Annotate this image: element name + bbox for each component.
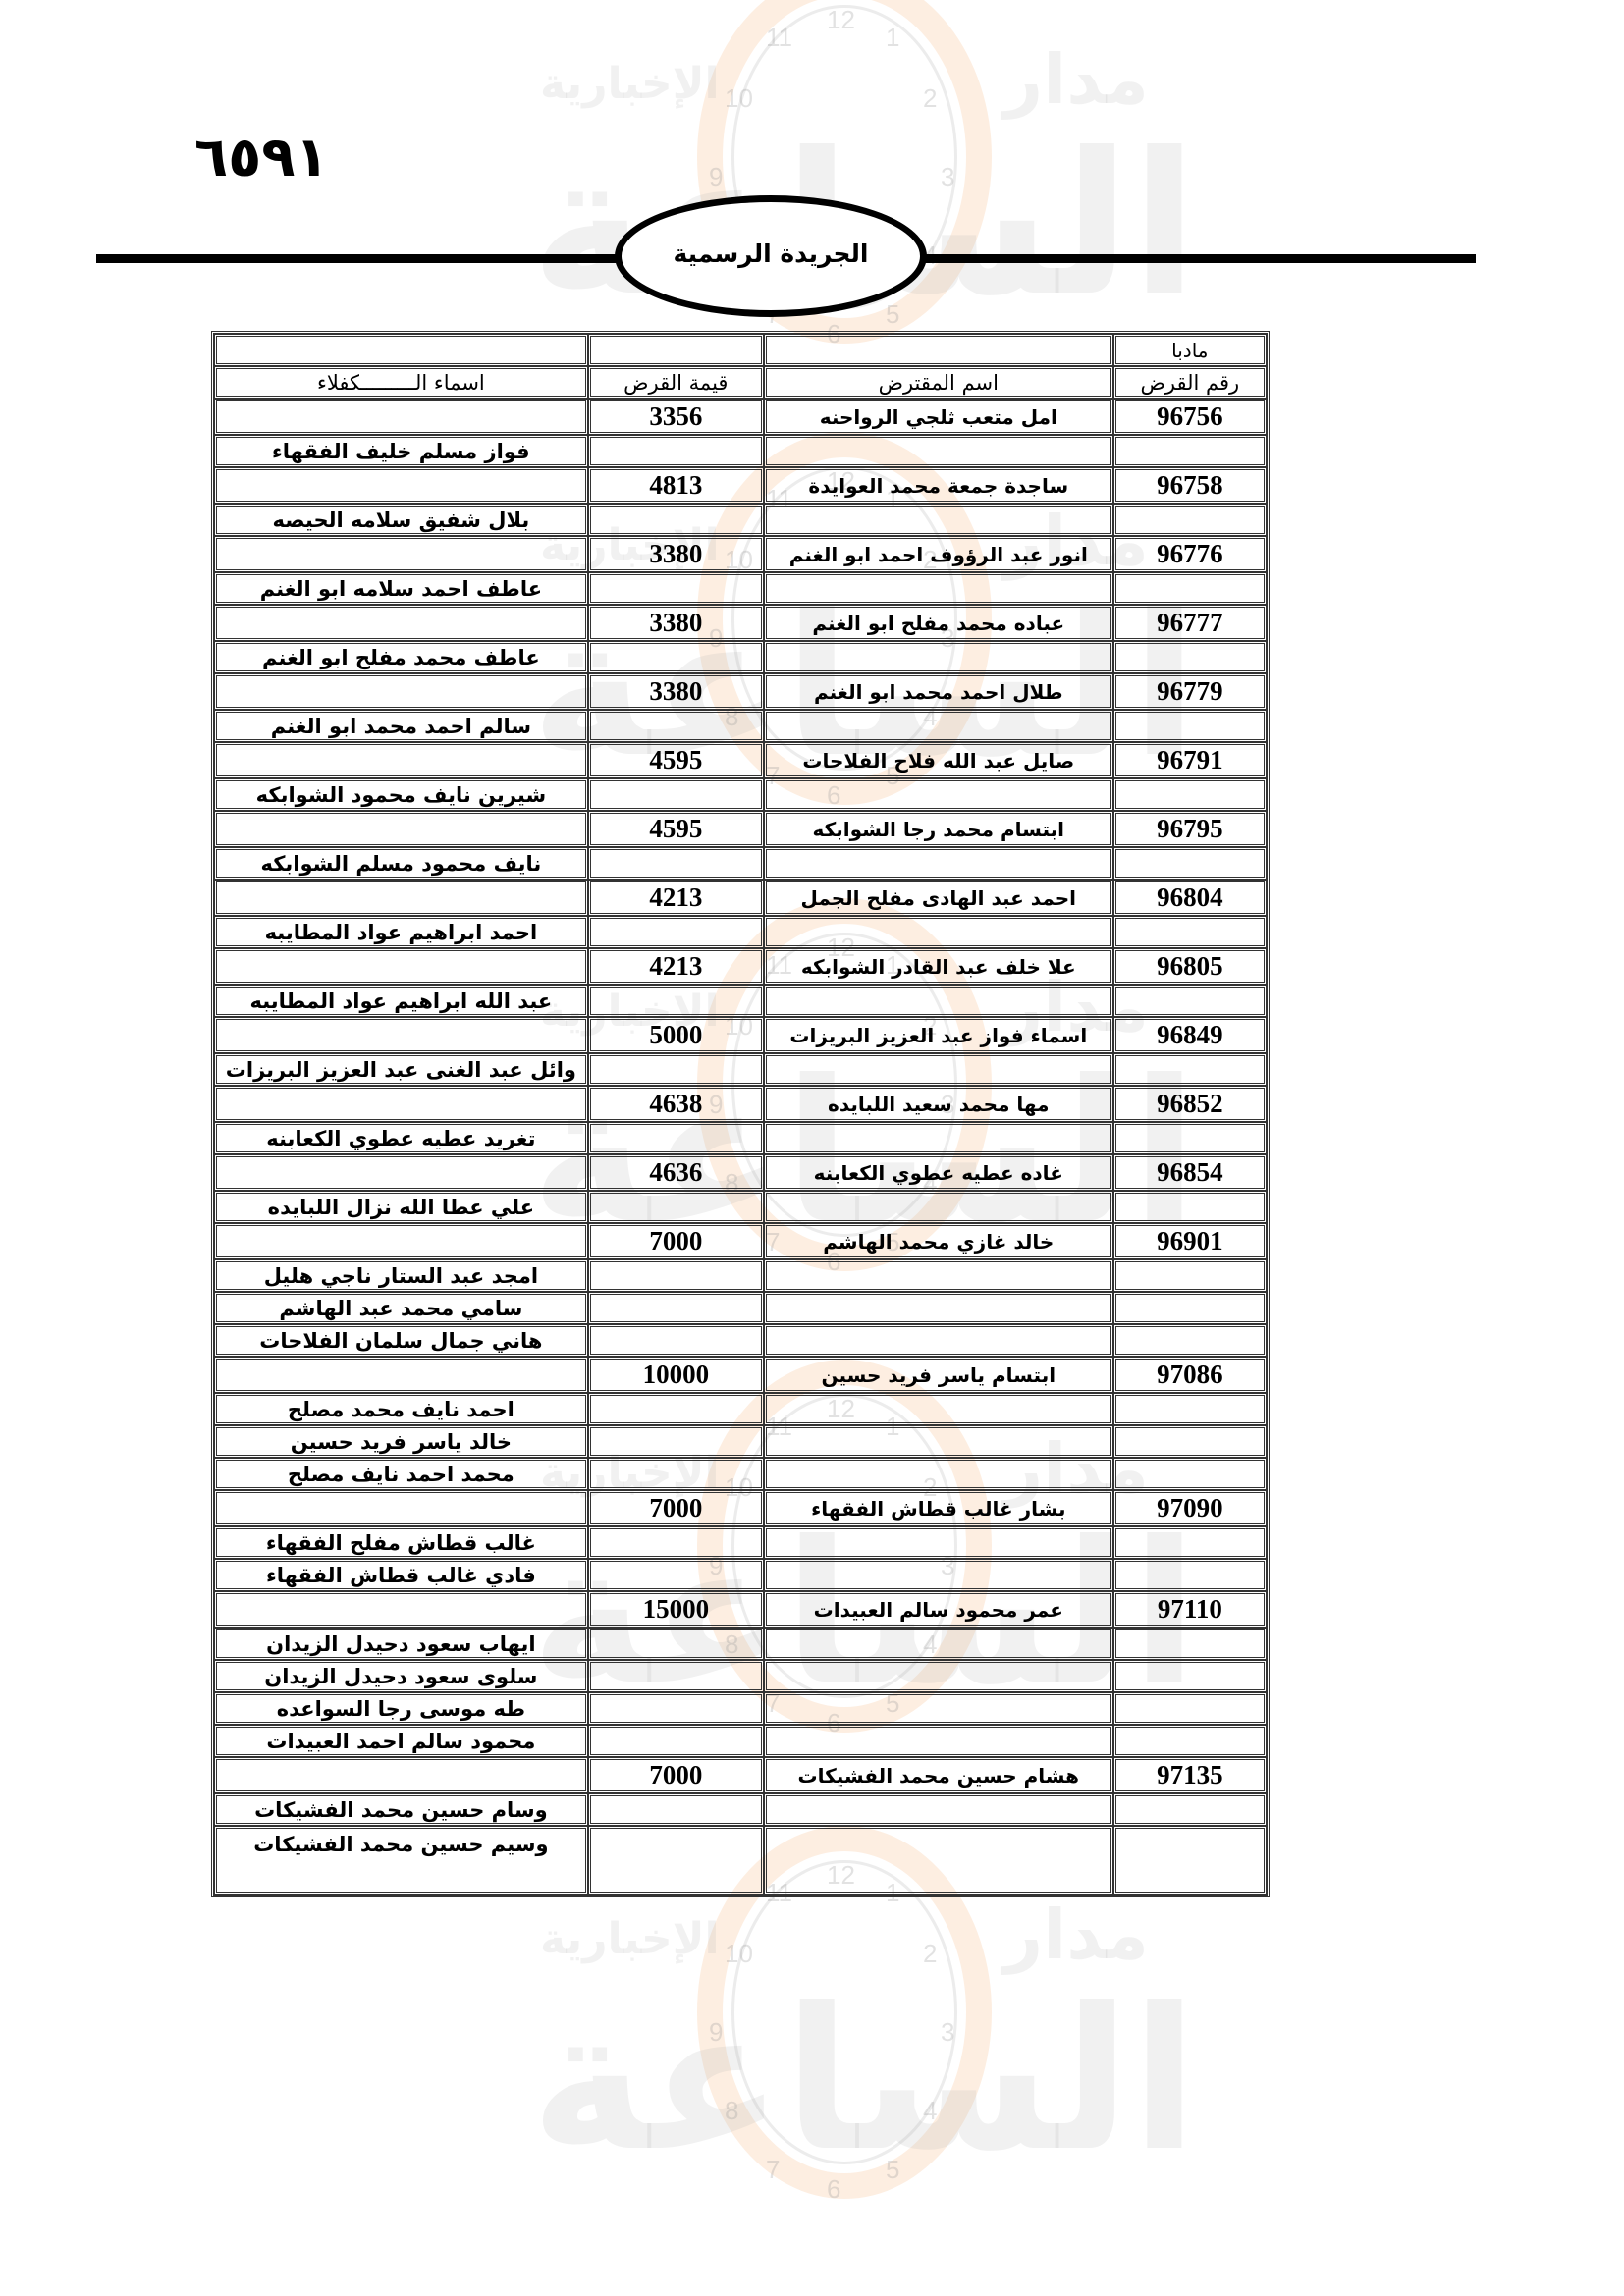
header-loan-no: رقم القرض: [1113, 366, 1267, 399]
loan-value-cell: [588, 1826, 764, 1895]
table-row: وسام حسين محمد الفشيكات: [214, 1793, 1267, 1826]
table-row: شيرين نايف محمود الشوابكه: [214, 778, 1267, 811]
table-row: 97135هشام حسين محمد الفشيكات7000: [214, 1757, 1267, 1793]
guarantor-name-cell: احمد نايف محمد مصلح: [214, 1393, 588, 1425]
guarantor-name-cell: وائل عبد الغنى عبد العزيز البريزات: [214, 1053, 588, 1086]
borrower-name-cell: [764, 435, 1113, 467]
loans-table: مادبا رقم القرض اسم المقترض قيمة القرض ا…: [211, 331, 1270, 1897]
guarantor-name-cell: [214, 536, 588, 572]
watermark-clock-number: 10: [725, 1939, 753, 1969]
guarantor-name-cell: [214, 880, 588, 916]
header-guarantors: اسماء الـــــــــكفلاء: [214, 366, 588, 399]
guarantor-name-cell: [214, 1490, 588, 1526]
city-row: مادبا: [214, 334, 1267, 366]
guarantor-name-cell: ايهاب سعود دحيدل الزيدان: [214, 1628, 588, 1660]
loan-number-cell: 97090: [1113, 1490, 1267, 1526]
table-row: 96804احمد عبد الهادى مفلح الجمل4213: [214, 880, 1267, 916]
loan-number-cell: [1113, 1559, 1267, 1591]
loan-value-cell: [588, 985, 764, 1017]
borrower-name-cell: [764, 1526, 1113, 1559]
loan-value-cell: 15000: [588, 1591, 764, 1628]
loan-number-cell: [1113, 916, 1267, 948]
watermark-brand-top: مدار: [1003, 39, 1149, 120]
loan-value-cell: 4638: [588, 1086, 764, 1122]
guarantor-name-cell: [214, 399, 588, 435]
table-row: سلوى سعود دحيدل الزيدان: [214, 1660, 1267, 1692]
table-row: سامي محمد عبد الهاشم: [214, 1292, 1267, 1324]
loan-number-cell: [1113, 1793, 1267, 1826]
table-row: نايف محمود مسلم الشوابكه: [214, 847, 1267, 880]
guarantor-name-cell: غالب قطاش مفلح الفقهاء: [214, 1526, 588, 1559]
loan-value-cell: [588, 572, 764, 605]
loan-number-cell: [1113, 1826, 1267, 1895]
loan-number-cell: [1113, 1324, 1267, 1357]
table-row: علي عطا الله نزال اللبايده: [214, 1191, 1267, 1223]
loan-value-cell: [588, 1324, 764, 1357]
guarantor-name-cell: [214, 948, 588, 985]
guarantor-name-cell: وسام حسين محمد الفشيكات: [214, 1793, 588, 1826]
watermark-clock-number: 2: [923, 1939, 937, 1969]
loan-value-cell: 7000: [588, 1223, 764, 1259]
table-row: 96777عباده محمد مفلح ابو الغنم3380: [214, 605, 1267, 641]
header-oval: الجريدة الرسمية: [615, 195, 927, 317]
borrower-name-cell: انور عبد الرؤوف احمد ابو الغنم: [764, 536, 1113, 572]
header-title: الجريدة الرسمية: [673, 240, 868, 268]
loan-value-cell: [588, 1122, 764, 1154]
loan-number-cell: [1113, 1725, 1267, 1757]
loan-number-cell: [1113, 504, 1267, 536]
guarantor-name-cell: [214, 1591, 588, 1628]
borrower-name-cell: [764, 1393, 1113, 1425]
watermark-clock-number: 10: [725, 83, 753, 114]
table-row: بلال شفيق سلامه الحيصه: [214, 504, 1267, 536]
loan-number-cell: [1113, 1660, 1267, 1692]
loan-value-cell: 4213: [588, 948, 764, 985]
loan-number-cell: 96777: [1113, 605, 1267, 641]
guarantor-name-cell: [214, 673, 588, 710]
watermark-clock-number: 8: [725, 2096, 738, 2126]
loan-value-cell: [588, 1660, 764, 1692]
watermark-clock-number: 9: [709, 2017, 723, 2048]
table-row: ايهاب سعود دحيدل الزيدان: [214, 1628, 1267, 1660]
loan-value-cell: [588, 1628, 764, 1660]
borrower-name-cell: طلال احمد محمد ابو الغنم: [764, 673, 1113, 710]
loan-value-cell: [588, 1425, 764, 1458]
city-value-cell: [588, 334, 764, 366]
table-row: هاني جمال سلمان الفلاحات: [214, 1324, 1267, 1357]
table-row: احمد ابراهيم عواد المطايبه: [214, 916, 1267, 948]
loan-value-cell: 7000: [588, 1490, 764, 1526]
watermark-brand-sub: الإخبارية: [540, 59, 720, 109]
guarantor-name-cell: فواز مسلم خليف الفقهاء: [214, 435, 588, 467]
table-row: 97110عمر محمود سالم العبيدات15000: [214, 1591, 1267, 1628]
guarantor-name-cell: امجد عبد الستار ناجي هليل: [214, 1259, 588, 1292]
guarantor-name-cell: خالد ياسر فريد حسين: [214, 1425, 588, 1458]
loan-value-cell: [588, 1793, 764, 1826]
guarantor-name-cell: [214, 742, 588, 778]
loan-value-cell: [588, 1259, 764, 1292]
loan-number-cell: [1113, 641, 1267, 673]
table-row: عاطف محمد مفلح ابو الغنم: [214, 641, 1267, 673]
guarantor-name-cell: [214, 605, 588, 641]
borrower-name-cell: [764, 1559, 1113, 1591]
guarantor-name-cell: بلال شفيق سلامه الحيصه: [214, 504, 588, 536]
loan-value-cell: [588, 1191, 764, 1223]
table-row: محمود سالم احمد العبيدات: [214, 1725, 1267, 1757]
loan-number-cell: 96804: [1113, 880, 1267, 916]
table-row: 96758ساجدة جمعة محمد العوايدة4813: [214, 467, 1267, 504]
loan-number-cell: 96854: [1113, 1154, 1267, 1191]
guarantor-name-cell: [214, 1086, 588, 1122]
guarantor-name-cell: [214, 1154, 588, 1191]
loan-value-cell: 7000: [588, 1757, 764, 1793]
loan-value-cell: 4595: [588, 742, 764, 778]
watermark-clock-number: 5: [886, 2155, 899, 2185]
loan-value-cell: [588, 847, 764, 880]
table-row: عبد الله ابراهيم عواد المطايبه: [214, 985, 1267, 1017]
loan-value-cell: [588, 1053, 764, 1086]
loan-number-cell: [1113, 778, 1267, 811]
loan-value-cell: [588, 916, 764, 948]
watermark-clock-number: 6: [827, 2174, 840, 2205]
guarantor-name-cell: محمود سالم احمد العبيدات: [214, 1725, 588, 1757]
borrower-name-cell: ساجدة جمعة محمد العوايدة: [764, 467, 1113, 504]
table-row: 96795ابتسام محمد رجا الشوابكه4595: [214, 811, 1267, 847]
watermark-clock-number: 7: [766, 2155, 780, 2185]
borrower-name-cell: بشار غالب قطاش الفقهاء: [764, 1490, 1113, 1526]
loan-number-cell: [1113, 1122, 1267, 1154]
borrower-name-cell: ابتسام ياسر فريد حسين: [764, 1357, 1113, 1393]
borrower-name-cell: [764, 1660, 1113, 1692]
borrower-name-cell: [764, 1628, 1113, 1660]
watermark-clock-number: 3: [941, 2017, 954, 2048]
guarantor-name-cell: سامي محمد عبد الهاشم: [214, 1292, 588, 1324]
borrower-name-cell: [764, 641, 1113, 673]
table-row: 96805علا خلف عبد القادر الشوابكه4213: [214, 948, 1267, 985]
loan-number-cell: 96779: [1113, 673, 1267, 710]
loan-value-cell: [588, 1559, 764, 1591]
table-row: امجد عبد الستار ناجي هليل: [214, 1259, 1267, 1292]
watermark-brand-sub: الإخبارية: [540, 1914, 720, 1964]
borrower-name-cell: [764, 1122, 1113, 1154]
borrower-name-cell: [764, 1692, 1113, 1725]
watermark-clock-number: 1: [886, 23, 899, 53]
table-row: 96854غاده عطيه عطوي الكعابنه4636: [214, 1154, 1267, 1191]
table-row: 96756امل متعب ثلجي الرواحنه3356: [214, 399, 1267, 435]
table-row: 96791صايل عبد الله فلاح الفلاحات4595: [214, 742, 1267, 778]
guarantor-name-cell: هاني جمال سلمان الفلاحات: [214, 1324, 588, 1357]
borrower-name-cell: [764, 1793, 1113, 1826]
loan-value-cell: [588, 1292, 764, 1324]
table-row: سالم احمد محمد ابو الغنم: [214, 710, 1267, 742]
header-row: رقم القرض اسم المقترض قيمة القرض اسماء ا…: [214, 366, 1267, 399]
loan-number-cell: [1113, 1292, 1267, 1324]
city-guarantor-cell: [214, 334, 588, 366]
table-row: محمد احمد نايف مصلح: [214, 1458, 1267, 1490]
loan-number-cell: 96852: [1113, 1086, 1267, 1122]
loan-value-cell: [588, 710, 764, 742]
table-row: وسيم حسين محمد الفشيكات: [214, 1826, 1267, 1895]
loan-number-cell: [1113, 1526, 1267, 1559]
borrower-name-cell: علا خلف عبد القادر الشوابكه: [764, 948, 1113, 985]
loan-number-cell: [1113, 1425, 1267, 1458]
borrower-name-cell: غاده عطيه عطوي الكعابنه: [764, 1154, 1113, 1191]
borrower-name-cell: مها محمد سعيد اللبايده: [764, 1086, 1113, 1122]
loan-number-cell: [1113, 572, 1267, 605]
loan-value-cell: [588, 1393, 764, 1425]
borrower-name-cell: احمد عبد الهادى مفلح الجمل: [764, 880, 1113, 916]
guarantor-name-cell: سلوى سعود دحيدل الزيدان: [214, 1660, 588, 1692]
guarantor-name-cell: علي عطا الله نزال اللبايده: [214, 1191, 588, 1223]
loan-number-cell: 96791: [1113, 742, 1267, 778]
borrower-name-cell: [764, 504, 1113, 536]
table-row: 96901خالد غازي محمد الهاشم7000: [214, 1223, 1267, 1259]
guarantor-name-cell: سالم احمد محمد ابو الغنم: [214, 710, 588, 742]
table-row: 96852مها محمد سعيد اللبايده4638: [214, 1086, 1267, 1122]
watermark-clock-number: 11: [766, 23, 792, 53]
borrower-name-cell: [764, 1458, 1113, 1490]
guarantor-name-cell: [214, 1223, 588, 1259]
loan-value-cell: 10000: [588, 1357, 764, 1393]
borrower-name-cell: اسماء فواز عبد العزيز البريزات: [764, 1017, 1113, 1053]
guarantor-name-cell: [214, 1357, 588, 1393]
borrower-name-cell: [764, 1191, 1113, 1223]
watermark-clock-number: 4: [923, 2096, 937, 2126]
loan-number-cell: 97086: [1113, 1357, 1267, 1393]
guarantor-name-cell: محمد احمد نايف مصلح: [214, 1458, 588, 1490]
loan-value-cell: 3380: [588, 536, 764, 572]
loan-number-cell: [1113, 1393, 1267, 1425]
watermark-clock-icon: [731, 1860, 957, 2164]
table-row: 96779طلال احمد محمد ابو الغنم3380: [214, 673, 1267, 710]
borrower-name-cell: [764, 1725, 1113, 1757]
borrower-name-cell: [764, 1292, 1113, 1324]
borrower-name-cell: هشام حسين محمد الفشيكات: [764, 1757, 1113, 1793]
loan-number-cell: 96776: [1113, 536, 1267, 572]
borrower-name-cell: [764, 1324, 1113, 1357]
loan-number-cell: [1113, 1458, 1267, 1490]
loan-number-cell: 96901: [1113, 1223, 1267, 1259]
borrower-name-cell: خالد غازي محمد الهاشم: [764, 1223, 1113, 1259]
watermark-clock-number: 12: [827, 5, 855, 35]
loan-number-cell: 96805: [1113, 948, 1267, 985]
guarantor-name-cell: عاطف محمد مفلح ابو الغنم: [214, 641, 588, 673]
table-row: عاطف احمد سلامه ابو الغنم: [214, 572, 1267, 605]
borrower-name-cell: ابتسام محمد رجا الشوابكه: [764, 811, 1113, 847]
table-row: فادي غالب قطاش الفقهاء: [214, 1559, 1267, 1591]
guarantor-name-cell: [214, 1017, 588, 1053]
watermark-clock-number: 5: [886, 299, 899, 330]
loan-number-cell: [1113, 1628, 1267, 1660]
borrower-name-cell: [764, 1425, 1113, 1458]
loan-value-cell: 4213: [588, 880, 764, 916]
loan-value-cell: 3380: [588, 673, 764, 710]
loan-value-cell: [588, 1526, 764, 1559]
loan-number-cell: [1113, 435, 1267, 467]
guarantor-name-cell: شيرين نايف محمود الشوابكه: [214, 778, 588, 811]
loan-value-cell: [588, 641, 764, 673]
loan-value-cell: [588, 1725, 764, 1757]
borrower-name-cell: صايل عبد الله فلاح الفلاحات: [764, 742, 1113, 778]
header-borrower: اسم المقترض: [764, 366, 1113, 399]
loan-value-cell: [588, 1692, 764, 1725]
watermark-clock-number: 3: [941, 162, 954, 192]
loan-value-cell: [588, 1458, 764, 1490]
loan-number-cell: 96756: [1113, 399, 1267, 435]
header-value: قيمة القرض: [588, 366, 764, 399]
table-row: خالد ياسر فريد حسين: [214, 1425, 1267, 1458]
borrower-name-cell: [764, 1826, 1113, 1895]
table-row: احمد نايف محمد مصلح: [214, 1393, 1267, 1425]
watermark-brand-top: مدار: [1003, 1895, 1149, 1975]
loan-value-cell: 5000: [588, 1017, 764, 1053]
table-row: 96776انور عبد الرؤوف احمد ابو الغنم3380: [214, 536, 1267, 572]
loan-value-cell: 3380: [588, 605, 764, 641]
loan-value-cell: [588, 504, 764, 536]
loan-value-cell: 4813: [588, 467, 764, 504]
loan-number-cell: [1113, 1053, 1267, 1086]
guarantor-name-cell: عبد الله ابراهيم عواد المطايبه: [214, 985, 588, 1017]
guarantor-name-cell: نايف محمود مسلم الشوابكه: [214, 847, 588, 880]
borrower-name-cell: [764, 847, 1113, 880]
loan-value-cell: [588, 778, 764, 811]
table-row: طه موسى رجا السواعده: [214, 1692, 1267, 1725]
loan-value-cell: 4595: [588, 811, 764, 847]
page-number: ٦٥٩١: [194, 126, 329, 189]
table-row: تغريد عطيه عطوي الكعابنه: [214, 1122, 1267, 1154]
borrower-name-cell: [764, 1259, 1113, 1292]
borrower-name-cell: [764, 572, 1113, 605]
watermark-clock-number: 9: [709, 162, 723, 192]
borrower-name-cell: امل متعب ثلجي الرواحنه: [764, 399, 1113, 435]
table-row: 97090بشار غالب قطاش الفقهاء7000: [214, 1490, 1267, 1526]
loan-value-cell: 3356: [588, 399, 764, 435]
borrower-name-cell: [764, 1053, 1113, 1086]
loan-number-cell: [1113, 1191, 1267, 1223]
loan-number-cell: 96758: [1113, 467, 1267, 504]
guarantor-name-cell: احمد ابراهيم عواد المطايبه: [214, 916, 588, 948]
guarantor-name-cell: فادي غالب قطاش الفقهاء: [214, 1559, 588, 1591]
watermark-logo: مدارالإخباريةالساعة121234567891011: [511, 0, 1178, 373]
loan-number-cell: [1113, 1692, 1267, 1725]
loan-value-cell: [588, 435, 764, 467]
loan-number-cell: [1113, 1259, 1267, 1292]
table-row: وائل عبد الغنى عبد العزيز البريزات: [214, 1053, 1267, 1086]
borrower-name-cell: عباده محمد مفلح ابو الغنم: [764, 605, 1113, 641]
borrower-name-cell: [764, 916, 1113, 948]
watermark-clock-number: 2: [923, 83, 937, 114]
loan-number-cell: [1113, 710, 1267, 742]
loan-number-cell: 96795: [1113, 811, 1267, 847]
table-row: 97086ابتسام ياسر فريد حسين10000: [214, 1357, 1267, 1393]
borrower-name-cell: [764, 778, 1113, 811]
loan-number-cell: [1113, 847, 1267, 880]
watermark-brand-main: الساعة: [530, 1983, 1198, 2179]
guarantor-name-cell: [214, 467, 588, 504]
table-row: فواز مسلم خليف الفقهاء: [214, 435, 1267, 467]
table-row: 96849اسماء فواز عبد العزيز البريزات5000: [214, 1017, 1267, 1053]
guarantor-name-cell: وسيم حسين محمد الفشيكات: [214, 1826, 588, 1895]
borrower-name-cell: [764, 985, 1113, 1017]
loan-number-cell: [1113, 985, 1267, 1017]
loan-number-cell: 97110: [1113, 1591, 1267, 1628]
guarantor-name-cell: طه موسى رجا السواعده: [214, 1692, 588, 1725]
guarantor-name-cell: عاطف احمد سلامه ابو الغنم: [214, 572, 588, 605]
table-row: غالب قطاش مفلح الفقهاء: [214, 1526, 1267, 1559]
guarantor-name-cell: تغريد عطيه عطوي الكعابنه: [214, 1122, 588, 1154]
city-borrower-cell: [764, 334, 1113, 366]
guarantor-name-cell: [214, 1757, 588, 1793]
borrower-name-cell: عمر محمود سالم العبيدات: [764, 1591, 1113, 1628]
borrower-name-cell: [764, 710, 1113, 742]
loan-number-cell: 97135: [1113, 1757, 1267, 1793]
loan-value-cell: 4636: [588, 1154, 764, 1191]
city-cell: مادبا: [1113, 334, 1267, 366]
guarantor-name-cell: [214, 811, 588, 847]
loan-number-cell: 96849: [1113, 1017, 1267, 1053]
